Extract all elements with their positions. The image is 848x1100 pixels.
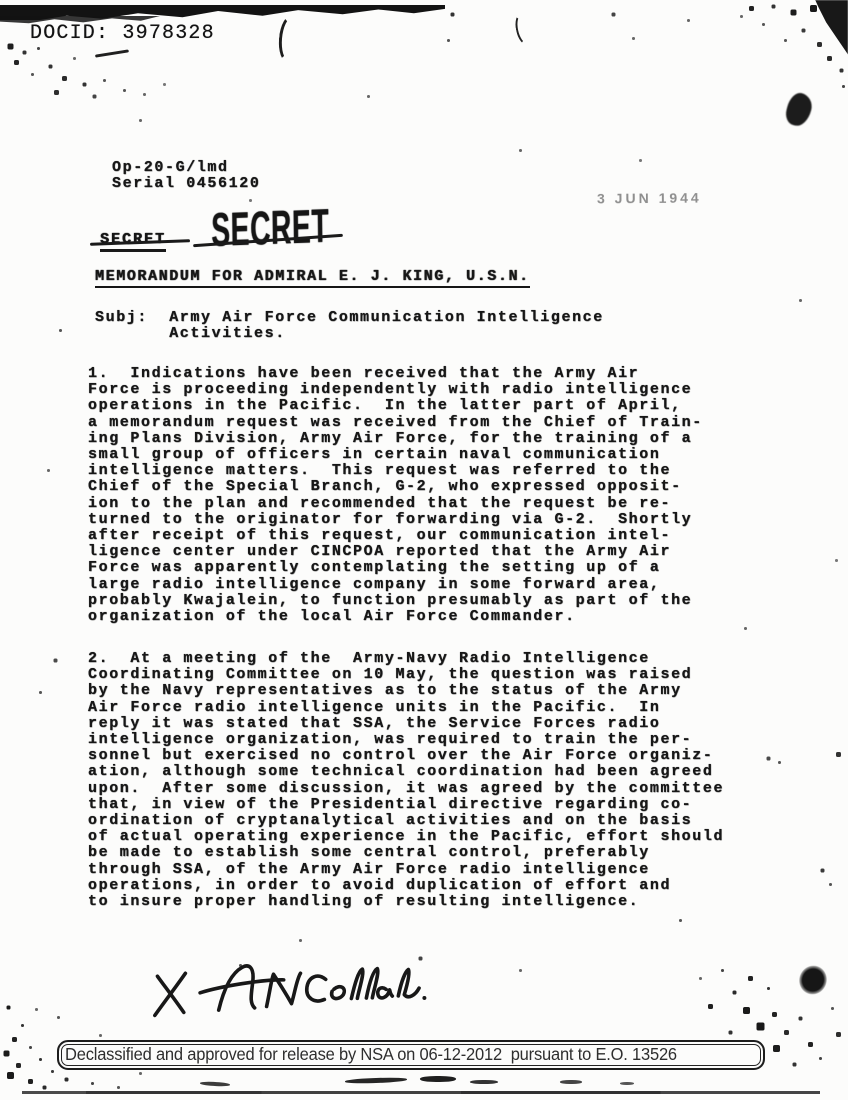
- handwritten-annotation: [129, 945, 432, 1033]
- scan-artifact-dash: [95, 49, 129, 58]
- declassification-banner: Declassified and approved for release by…: [57, 1040, 765, 1070]
- scan-artifact-pen-mark: [513, 12, 535, 47]
- scan-artifact-corner-smudge: [806, 0, 848, 62]
- scan-artifact-smudge: [200, 1081, 230, 1087]
- paragraph-1: 1. Indications have been received that t…: [88, 366, 703, 625]
- scan-artifact-pen-mark: [277, 14, 303, 64]
- scan-artifact-smudge: [470, 1080, 498, 1084]
- scan-noise-speckle: [0, 995, 1, 996]
- declassification-banner-text: Declassified and approved for release by…: [59, 1045, 677, 1065]
- scan-noise-speckle: [4, 40, 5, 41]
- scan-artifact-smudge: [620, 1082, 634, 1085]
- scan-artifact-smudge: [420, 1076, 456, 1082]
- office-code: Op-20-G/lmd: [112, 160, 229, 176]
- scan-noise-speckle: [0, 0, 1, 1]
- scan-noise-speckle: [733, 0, 734, 1]
- subject-line: Subj: Army Air Force Communication Intel…: [95, 310, 604, 342]
- scan-artifact-smudge: [345, 1077, 407, 1084]
- docid-label: DOCID: 3978328: [30, 22, 215, 45]
- date-stamp: 3 JUN 1944: [597, 190, 702, 207]
- scan-noise-speckle: [690, 948, 691, 949]
- paragraph-2: 2. At a meeting of the Army-Navy Radio I…: [88, 651, 724, 910]
- scan-artifact-smudge: [560, 1080, 582, 1084]
- scan-artifact-ink-blob: [783, 91, 814, 129]
- memo-heading: MEMORANDUM FOR ADMIRAL E. J. KING, U.S.N…: [95, 269, 530, 288]
- scan-artifact-ink-blob: [790, 956, 837, 1004]
- scanned-memo-page: DOCID: 3978328 Op-20-G/lmd Serial 045612…: [0, 0, 848, 1100]
- rubber-classification-stamp: SECRET: [211, 204, 330, 252]
- scan-artifact-bottom-line: [22, 1091, 820, 1094]
- serial-number: Serial 0456120: [112, 176, 260, 192]
